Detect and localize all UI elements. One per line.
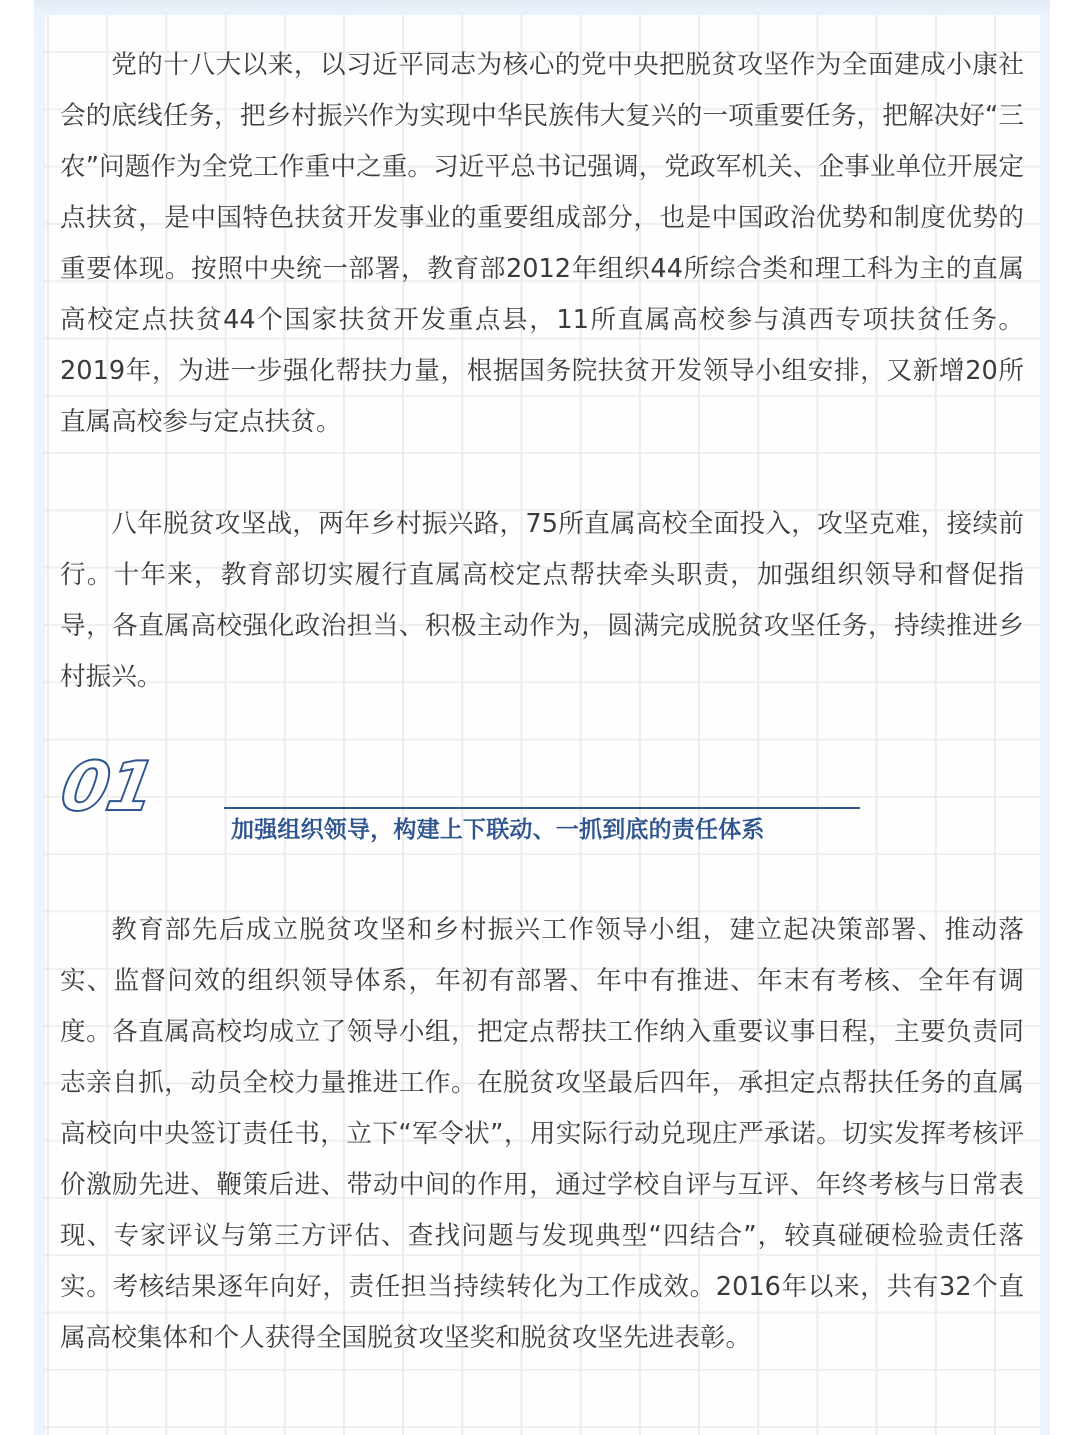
- section-title-rule: [224, 807, 860, 809]
- section-title: 加强组织领导，构建上下联动、一抓到底的责任体系: [231, 814, 765, 846]
- intro-paragraph-1: 党的十八大以来，以习近平同志为核心的党中央把脱贫攻坚作为全面建成小康社会的底线任…: [60, 40, 1024, 448]
- intro-paragraph-2: 八年脱贫攻坚战，两年乡村振兴路，75所直属高校全面投入，攻坚克难，接续前行。十年…: [60, 499, 1024, 703]
- section-paragraph-1: 教育部先后成立脱贫攻坚和乡村振兴工作领导小组，建立起决策部署、推动落实、监督问效…: [60, 905, 1024, 1364]
- section-number: 01: [55, 748, 160, 828]
